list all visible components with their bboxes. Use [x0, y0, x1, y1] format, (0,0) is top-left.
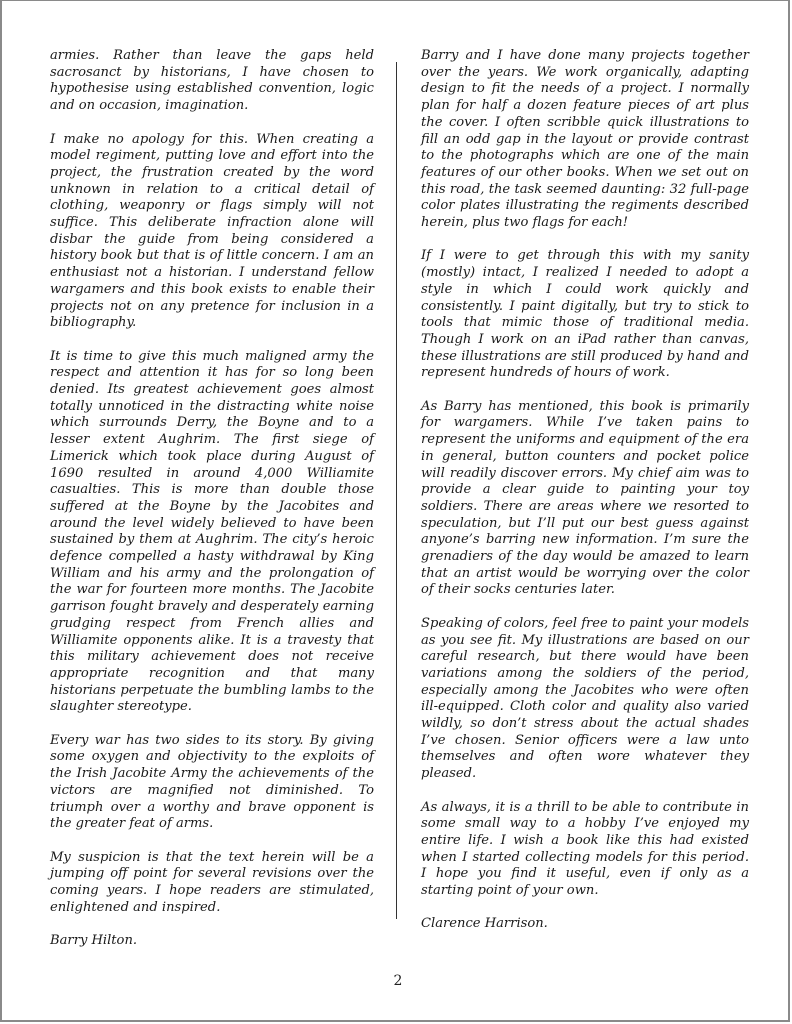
page-number: 2: [2, 973, 792, 989]
paragraph: Every war has two sides to its story. By…: [50, 733, 374, 833]
column-divider: [396, 62, 397, 919]
right-column: Barry and I have done many projects toge…: [421, 48, 749, 950]
paragraph: Barry and I have done many projects toge…: [421, 48, 749, 232]
paragraph: It is time to give this much maligned ar…: [50, 349, 374, 716]
left-column: armies. Rather than leave the gaps held …: [50, 48, 374, 967]
paragraph: Speaking of colors, feel free to paint y…: [421, 616, 749, 783]
signature-barry-hilton: Barry Hilton.: [50, 933, 374, 950]
paragraph: As always, it is a thrill to be able to …: [421, 800, 749, 900]
paragraph: armies. Rather than leave the gaps held …: [50, 48, 374, 115]
paragraph: As Barry has mentioned, this book is pri…: [421, 399, 749, 599]
paragraph: My suspicion is that the text herein wil…: [50, 850, 374, 917]
document-page: armies. Rather than leave the gaps held …: [0, 0, 790, 1022]
paragraph: If I were to get through this with my sa…: [421, 248, 749, 382]
signature-clarence-harrison: Clarence Harrison.: [421, 916, 749, 933]
paragraph: I make no apology for this. When creatin…: [50, 132, 374, 332]
